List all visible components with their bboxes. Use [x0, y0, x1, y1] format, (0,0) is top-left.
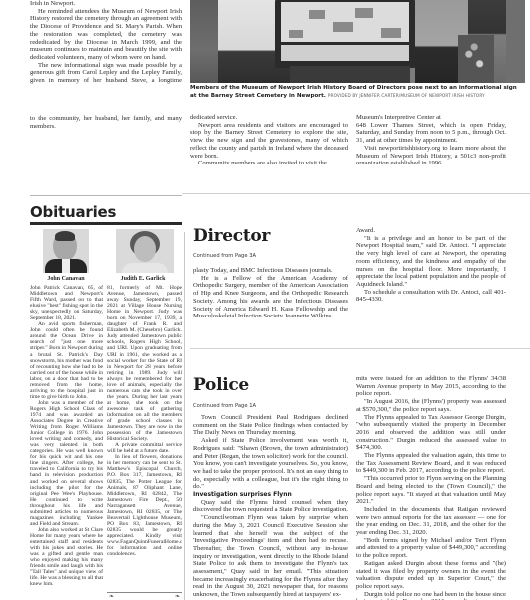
paragraph: In lieu of flowers, donations in her mem…: [107, 454, 182, 557]
photo-caption: Members of the Museum of Newport Irish H…: [190, 85, 525, 100]
paragraph: "Councilwoman Flynn was taken by surpris…: [193, 514, 348, 599]
paragraph: Newport area residents and visitors are …: [190, 122, 348, 161]
paragraph: A private committal service will be held…: [107, 442, 182, 454]
paragraph: mits were issued for an addition to the …: [356, 375, 506, 398]
section-divider: [30, 195, 182, 196]
obituaries-section-title: Obituaries: [30, 203, 116, 221]
paragraph: Museum's Interpretive Center at: [356, 114, 506, 122]
police-subhead: Investigation surprises Flynn: [193, 491, 348, 499]
paragraph: He is a Fellow of the American Academy o…: [193, 275, 348, 317]
paragraph: Quay said the Flynns hired counsel when …: [193, 499, 348, 514]
police-continued-label: Continued from Page 1A: [193, 403, 256, 409]
top-story-column-3: Museum's Interpretive Center at 648 Lowe…: [356, 114, 506, 164]
paragraph: The Flynns appealed the valuation again,…: [356, 452, 506, 475]
paragraph: 648 Lower Thames Street, which is open F…: [356, 122, 506, 145]
paragraph: "Both forms signed by Michael and/or Ter…: [356, 537, 506, 560]
top-story-column-2: dedicated service. Newport area resident…: [190, 114, 348, 164]
obit-name-john-canavan: John Canavan: [30, 276, 102, 282]
paragraph: Award.: [356, 227, 506, 235]
paragraph: to the community, her husband, her famil…: [30, 115, 182, 130]
paragraph: Ratigan asked Durgin about these forms a…: [356, 560, 506, 591]
judith-garlick-photo: [116, 229, 174, 273]
paragraph: The Flynns appealed to Tax Assessor Geor…: [356, 414, 506, 453]
section-title-bar: [30, 222, 182, 225]
director-continued-label: Continued from Page 3A: [193, 253, 256, 259]
photo-credit: PROVIDED BY JENNIFER CARTER/MUSEUM OF NE…: [328, 93, 485, 98]
director-column-1: plasty Today, and BMC Infectious Disease…: [193, 267, 348, 317]
paragraph: Visit newportirishhistory.org to learn m…: [356, 145, 506, 164]
paragraph: Included in the documents that Ratigan r…: [356, 506, 506, 537]
paragraph: "It is a privilege and an honor to be pa…: [356, 235, 506, 289]
paragraph: Community members are also invited to vi…: [190, 160, 348, 164]
director-column-2: Award. "It is a privilege and an honor t…: [356, 227, 506, 302]
paragraph: John was a member of the Rogers High Sch…: [30, 400, 103, 527]
obituary-judith-garlick: 81, formerly of Mt. Hope Avenue, Jamesto…: [107, 285, 182, 585]
paragraph: "In August 2016, the (Flynns') property …: [356, 398, 506, 413]
paragraph: Town Council President Paul Rodrigues de…: [193, 414, 348, 437]
paragraph: 81, formerly of Mt. Hope Avenue, Jamesto…: [107, 285, 182, 442]
obit-name-judith-garlick: Judith E. Garlick: [104, 276, 182, 282]
obituary-ornament: ❧❧: [107, 592, 182, 600]
obituary-john-canavan: John Patrick Canavan, 65, of Middletown …: [30, 285, 103, 600]
paragraph: He reminded attendees the Museum of Newp…: [30, 8, 182, 62]
informational-sign: [275, 0, 415, 68]
section-divider: [182, 193, 530, 194]
flower-bouquet: [458, 35, 494, 83]
paragraph: An avid sports fisherman, John could oft…: [30, 321, 103, 400]
paragraph: Durgin told police no one had been in th…: [356, 591, 506, 600]
paragraph: John Patrick Canavan, 65, of Middletown …: [30, 285, 103, 321]
police-headline: Police: [193, 375, 249, 395]
director-headline: Director: [193, 226, 270, 246]
paragraph: Irish in Newport.: [30, 0, 182, 8]
police-column-2: mits were issued for an addition to the …: [356, 375, 506, 600]
paragraph: To schedule a consultation with Dr. Anto…: [356, 289, 506, 302]
paragraph: dedicated service.: [190, 114, 348, 122]
paragraph: plasty Today, and BMC Infectious Disease…: [193, 267, 348, 275]
police-column-1: Town Council President Paul Rodrigues de…: [193, 414, 348, 600]
paragraph: John also worked at St Clare Home for ma…: [30, 527, 103, 587]
paragraph: Asked if State Police involvement was wo…: [193, 437, 348, 491]
cemetery-photo: [190, 0, 525, 83]
top-story-column-1: Irish in Newport. He reminded attendees …: [30, 0, 182, 84]
top-story-column-1-continued: to the community, her husband, her famil…: [30, 115, 182, 157]
paragraph: "This occurred prior to Flynn serving on…: [356, 475, 506, 506]
column-divider: [184, 232, 185, 600]
paragraph: The new informational sign was made poss…: [30, 62, 182, 84]
section-divider: [190, 348, 530, 349]
john-canavan-photo: [43, 229, 89, 273]
